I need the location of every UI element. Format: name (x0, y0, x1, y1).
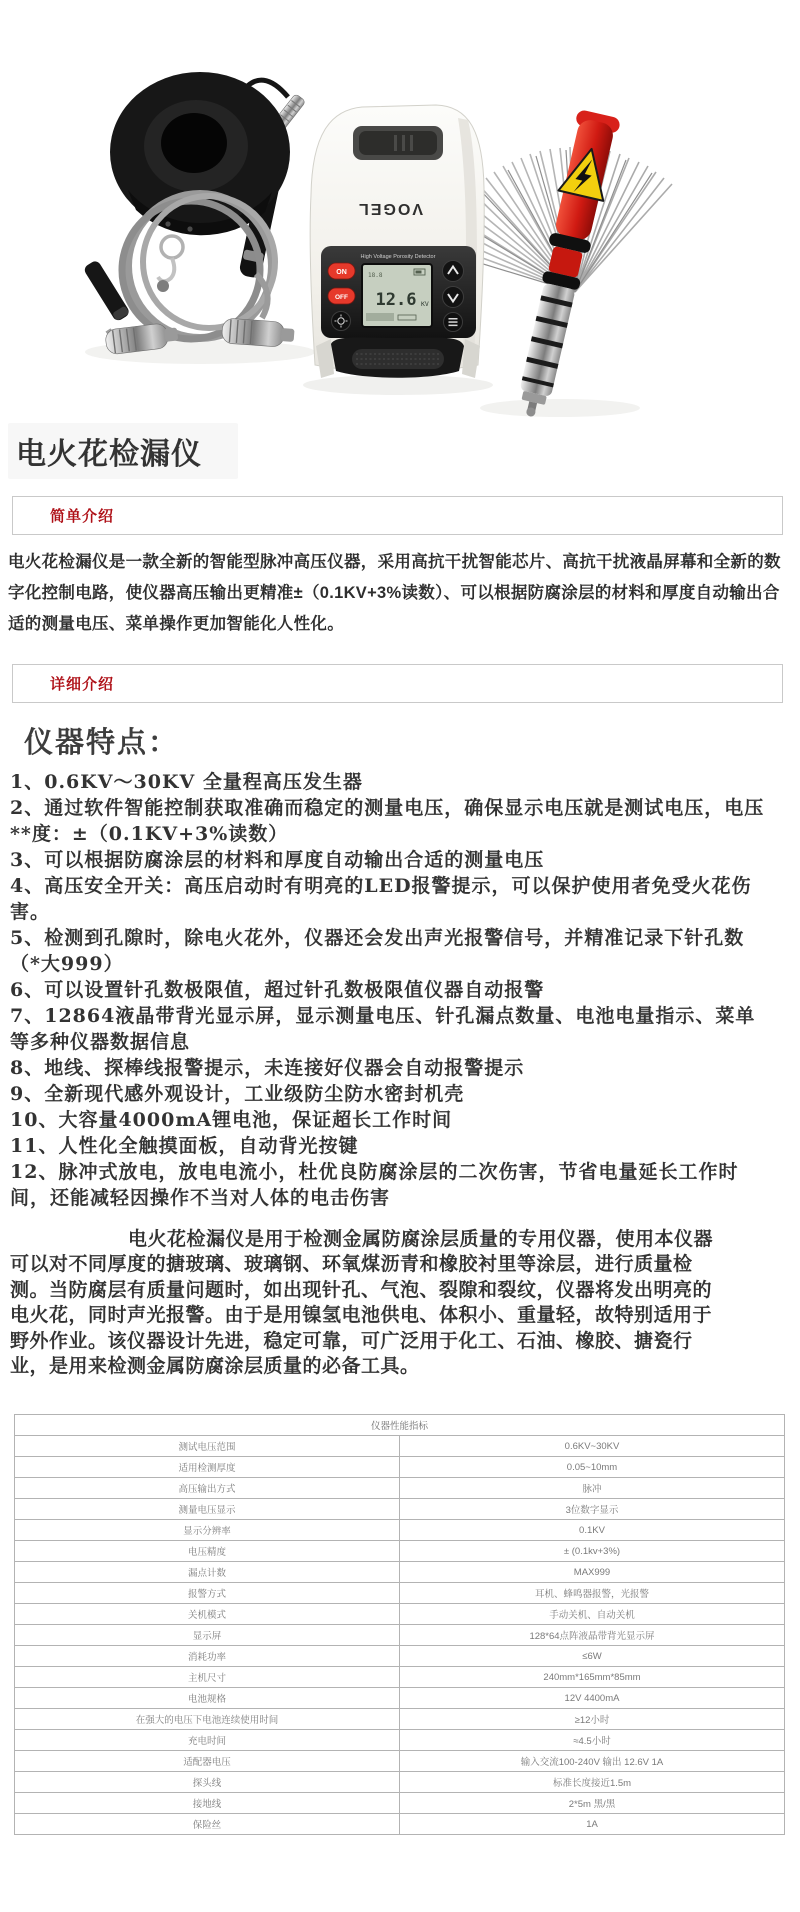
on-button-label: ON (336, 269, 347, 276)
feature-item: 11、人性化全触摸面板，自动背光按键 (10, 1133, 772, 1159)
table-row: 探头线标准长度接近1.5m (15, 1772, 785, 1793)
shadow (480, 399, 640, 417)
up-button[interactable] (443, 261, 464, 282)
spec-label: 关机模式 (15, 1604, 400, 1625)
spec-label: 接地线 (15, 1793, 400, 1814)
table-row: 测试电压范围0.6KV~30KV (15, 1436, 785, 1457)
table-row: 在强大的电压下电池连续使用时间≥12小时 (15, 1709, 785, 1730)
spec-value: 0.05~10mm (400, 1457, 785, 1478)
svg-text:18.8: 18.8 (368, 272, 383, 279)
feature-item: 3、可以根据防腐涂层的材料和厚度自动输出合适的测量电压 (10, 847, 772, 873)
spec-label: 报警方式 (15, 1583, 400, 1604)
feature-item: 6、可以设置针孔数极限值，超过针孔数极限值仪器自动报警 (10, 977, 772, 1003)
menu-button[interactable] (444, 313, 463, 332)
spec-label: 主机尺寸 (15, 1667, 400, 1688)
spec-value: ± (0.1kv+3%) (400, 1541, 785, 1562)
intro-paragraph: 电火花检漏仪是一款全新的智能型脉冲高压仪器，采用高抗干扰智能芯片、高抗干扰液晶屏… (8, 547, 792, 640)
feature-item: 7、12864液晶带背光显示屏，显示测量电压、针孔漏点数量、电池电量指示、菜单等… (10, 1003, 772, 1055)
spec-label: 充电时间 (15, 1730, 400, 1751)
table-row: 漏点计数MAX999 (15, 1562, 785, 1583)
spec-label: 显示屏 (15, 1625, 400, 1646)
cable-reel (83, 72, 306, 355)
probe-brush (507, 109, 622, 420)
product-photo-svg: VOGEL High Voltage Porosity Detector 18.… (0, 0, 800, 420)
table-header-row: 仪器性能指标 (15, 1415, 785, 1436)
table-row: 主机尺寸240mm*165mm*85mm (15, 1667, 785, 1688)
main-unit: VOGEL High Voltage Porosity Detector 18.… (310, 105, 484, 378)
table-row: 高压输出方式脉冲 (15, 1478, 785, 1499)
feature-item: 5、检测到孔隙时，除电火花外，仪器还会发出声光报警信号，并精准记录下针孔数（*大… (10, 925, 772, 977)
control-panel: High Voltage Porosity Detector 18.8 12.6… (321, 246, 476, 338)
spec-table: 仪器性能指标 测试电压范围0.6KV~30KV 适用检测厚度0.05~10mm … (14, 1414, 785, 1835)
features-list: 1、0.6KV～30KV 全量程高压发生器 2、通过软件智能控制获取准确而稳定的… (10, 769, 772, 1211)
table-row: 显示分辨率0.1KV (15, 1520, 785, 1541)
spec-value: 2*5m 黑/黑 (400, 1793, 785, 1814)
lcd-unit: KV (421, 300, 429, 308)
spec-value: 脉冲 (400, 1478, 785, 1499)
section-header-brief: 简单介绍 (12, 496, 783, 535)
title-block: 电火花检漏仪 (8, 423, 238, 479)
spec-value: 标准长度接近1.5m (400, 1772, 785, 1793)
feature-item: 2、通过软件智能控制获取准确而稳定的测量电压，确保显示电压就是测试电压，电压**… (10, 795, 772, 847)
table-row: 测量电压显示3位数字显示 (15, 1499, 785, 1520)
spec-value: 1A (400, 1814, 785, 1835)
spec-value: 耳机、蜂鸣器报警，光报警 (400, 1583, 785, 1604)
spec-value: 12V 4400mA (400, 1688, 785, 1709)
description-paragraph: 电火花检漏仪是用于检测金属防腐涂层质量的专用仪器，使用本仪器可以对不同厚度的搪玻… (10, 1227, 722, 1379)
spec-value: ≈4.5小时 (400, 1730, 785, 1751)
brand-logo: VOGEL (357, 200, 423, 217)
table-row: 适配器电压输入交流100-240V 输出 12.6V 1A (15, 1751, 785, 1772)
strap-handle (316, 338, 480, 378)
table-row: 电压精度± (0.1kv+3%) (15, 1541, 785, 1562)
spec-label: 测量电压显示 (15, 1499, 400, 1520)
table-row: 接地线2*5m 黑/黑 (15, 1793, 785, 1814)
off-button-label: OFF (335, 294, 348, 301)
feature-item: 12、脉冲式放电，放电电流小，杜优良防腐涂层的二次伤害，节省电量延长工作时间，还… (10, 1159, 772, 1211)
table-row: 消耗功率≤6W (15, 1646, 785, 1667)
product-photo: VOGEL High Voltage Porosity Detector 18.… (0, 0, 800, 420)
feature-item: 4、高压安全开关：高压启动时有明亮的LED报警提示，可以保护使用者免受火花伤害。 (10, 873, 772, 925)
spec-value: 输入交流100-240V 输出 12.6V 1A (400, 1751, 785, 1772)
spec-label: 电池规格 (15, 1688, 400, 1709)
page-title: 电火花检漏仪 (8, 429, 202, 473)
spec-label: 在强大的电压下电池连续使用时间 (15, 1709, 400, 1730)
spec-value: 0.6KV~30KV (400, 1436, 785, 1457)
table-row: 电池规格12V 4400mA (15, 1688, 785, 1709)
spec-label: 保险丝 (15, 1814, 400, 1835)
spec-value: ≤6W (400, 1646, 785, 1667)
section-header-brief-label: 简单介绍 (13, 505, 114, 526)
feature-item: 10、大容量4000mA锂电池，保证超长工作时间 (10, 1107, 772, 1133)
section-header-detail-label: 详细介绍 (13, 673, 114, 694)
lcd-value: 12.6 (376, 290, 417, 310)
shadow (303, 375, 493, 395)
spec-label: 适配器电压 (15, 1751, 400, 1772)
spec-label: 高压输出方式 (15, 1478, 400, 1499)
table-row: 保险丝1A (15, 1814, 785, 1835)
spec-label: 电压精度 (15, 1541, 400, 1562)
product-page: VOGEL High Voltage Porosity Detector 18.… (0, 0, 800, 1912)
section-header-detail: 详细介绍 (12, 664, 783, 703)
spec-value: 240mm*165mm*85mm (400, 1667, 785, 1688)
spec-table-title: 仪器性能指标 (15, 1415, 785, 1436)
spec-label: 漏点计数 (15, 1562, 400, 1583)
spec-value: 128*64点阵液晶带背光显示屏 (400, 1625, 785, 1646)
table-row: 关机模式手动关机、自动关机 (15, 1604, 785, 1625)
down-button[interactable] (443, 287, 464, 308)
spec-label: 显示分辨率 (15, 1520, 400, 1541)
feature-item: 9、全新现代感外观设计，工业级防尘防水密封机壳 (10, 1081, 772, 1107)
spec-label: 测试电压范围 (15, 1436, 400, 1457)
lcd-display: 18.8 12.6 KV (362, 264, 432, 327)
feature-item: 8、地线、探棒线报警提示，未连接好仪器会自动报警提示 (10, 1055, 772, 1081)
table-row: 充电时间≈4.5小时 (15, 1730, 785, 1751)
spec-label: 探头线 (15, 1772, 400, 1793)
features-title: 仪器特点： (24, 720, 179, 761)
spec-value: ≥12小时 (400, 1709, 785, 1730)
spec-label: 消耗功率 (15, 1646, 400, 1667)
feature-item: 1、0.6KV～30KV 全量程高压发生器 (10, 769, 772, 795)
spec-label: 适用检测厚度 (15, 1457, 400, 1478)
spec-value: 手动关机、自动关机 (400, 1604, 785, 1625)
spec-value: MAX999 (400, 1562, 785, 1583)
table-row: 报警方式耳机、蜂鸣器报警，光报警 (15, 1583, 785, 1604)
table-row: 适用检测厚度0.05~10mm (15, 1457, 785, 1478)
backlight-button[interactable] (332, 312, 351, 331)
spec-value: 0.1KV (400, 1520, 785, 1541)
table-row: 显示屏128*64点阵液晶带背光显示屏 (15, 1625, 785, 1646)
spec-value: 3位数字显示 (400, 1499, 785, 1520)
panel-label: High Voltage Porosity Detector (361, 254, 436, 260)
